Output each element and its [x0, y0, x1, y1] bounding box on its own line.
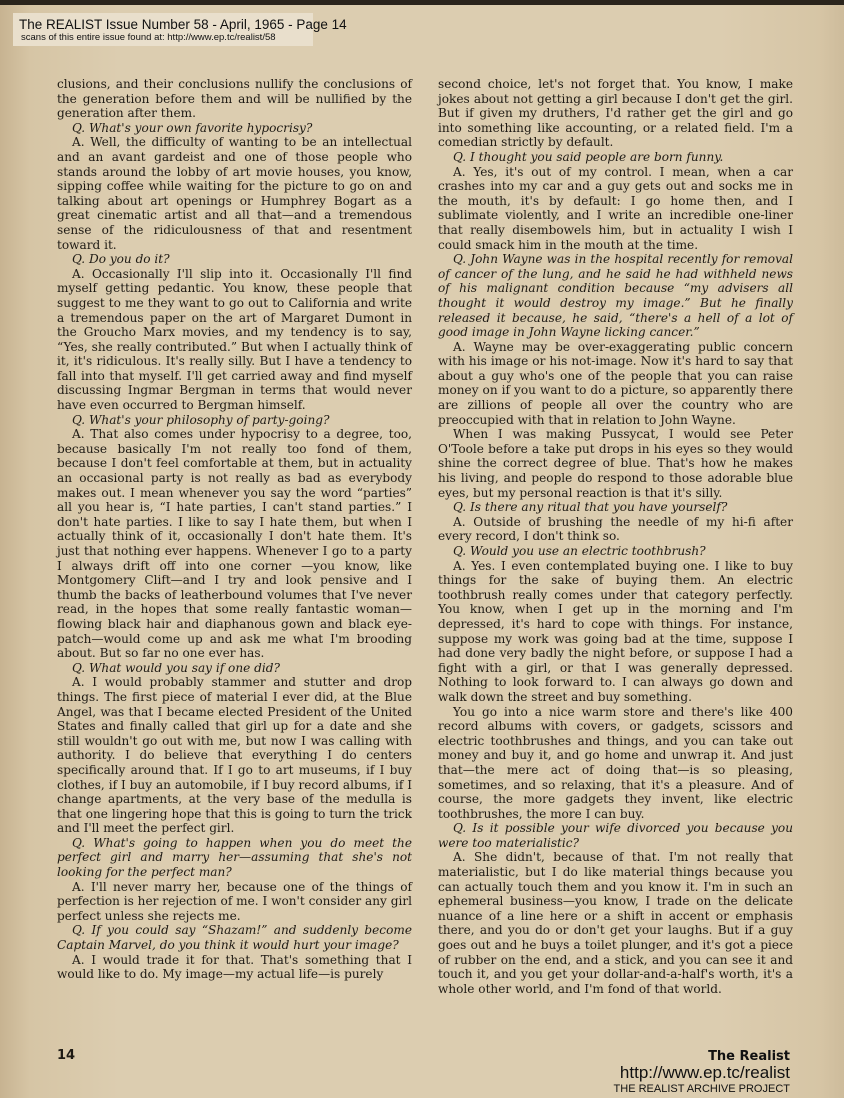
question: Q. If you could say “Shazam!” and sudden…: [57, 923, 412, 952]
answer: A. She didn't, because of that. I'm not …: [438, 850, 793, 996]
question: Q. I thought you said people are born fu…: [438, 150, 793, 165]
answer: A. Wayne may be over-exaggerating public…: [438, 340, 793, 428]
scan-header: The REALIST Issue Number 58 - April, 196…: [13, 13, 313, 46]
question: Q. Do you do it?: [57, 252, 412, 267]
question: Q. What's going to happen when you do me…: [57, 836, 412, 880]
paragraph: clusions, and their conclusions nullify …: [57, 77, 412, 121]
answer: A. Yes, it's out of my control. I mean, …: [438, 165, 793, 253]
question: Q. What's your philosophy of party-going…: [57, 413, 412, 428]
issue-title: The REALIST Issue Number 58 - April, 196…: [19, 17, 313, 32]
right-column: second choice, let's not forget that. Yo…: [438, 77, 793, 996]
answer: A. Well, the difficulty of wanting to be…: [57, 135, 412, 252]
answer: A. Outside of brushing the needle of my …: [438, 515, 793, 544]
answer: A. I would trade it for that. That's som…: [57, 953, 412, 982]
archive-footer: The Realist http://www.ep.tc/realist THE…: [614, 1050, 790, 1096]
question: Q. Is it possible your wife divorced you…: [438, 821, 793, 850]
answer: A. I would probably stammer and stutter …: [57, 675, 412, 836]
question: Q. What would you say if one did?: [57, 661, 412, 676]
question: Q. Would you use an electric toothbrush?: [438, 544, 793, 559]
archive-url[interactable]: http://www.ep.tc/realist: [614, 1064, 790, 1082]
archive-project-label: THE REALIST ARCHIVE PROJECT: [614, 1082, 790, 1096]
publication-name: The Realist: [614, 1050, 790, 1064]
answer: A. I'll never marry her, because one of …: [57, 880, 412, 924]
top-border: [0, 0, 844, 5]
paragraph: second choice, let's not forget that. Yo…: [438, 77, 793, 150]
question: Q. Is there any ritual that you have you…: [438, 500, 793, 515]
paragraph: When I was making Pussycat, I would see …: [438, 427, 793, 500]
page-number: 14: [57, 1048, 75, 1063]
answer: A. Yes. I even contemplated buying one. …: [438, 559, 793, 705]
left-column: clusions, and their conclusions nullify …: [57, 77, 412, 982]
question: Q. John Wayne was in the hospital recent…: [438, 252, 793, 340]
answer: A. That also comes under hypocrisy to a …: [57, 427, 412, 661]
question: Q. What's your own favorite hypocrisy?: [57, 121, 412, 136]
scan-source-note: scans of this entire issue found at: htt…: [19, 32, 313, 44]
answer: A. Occasionally I'll slip into it. Occas…: [57, 267, 412, 413]
paragraph: You go into a nice warm store and there'…: [438, 705, 793, 822]
